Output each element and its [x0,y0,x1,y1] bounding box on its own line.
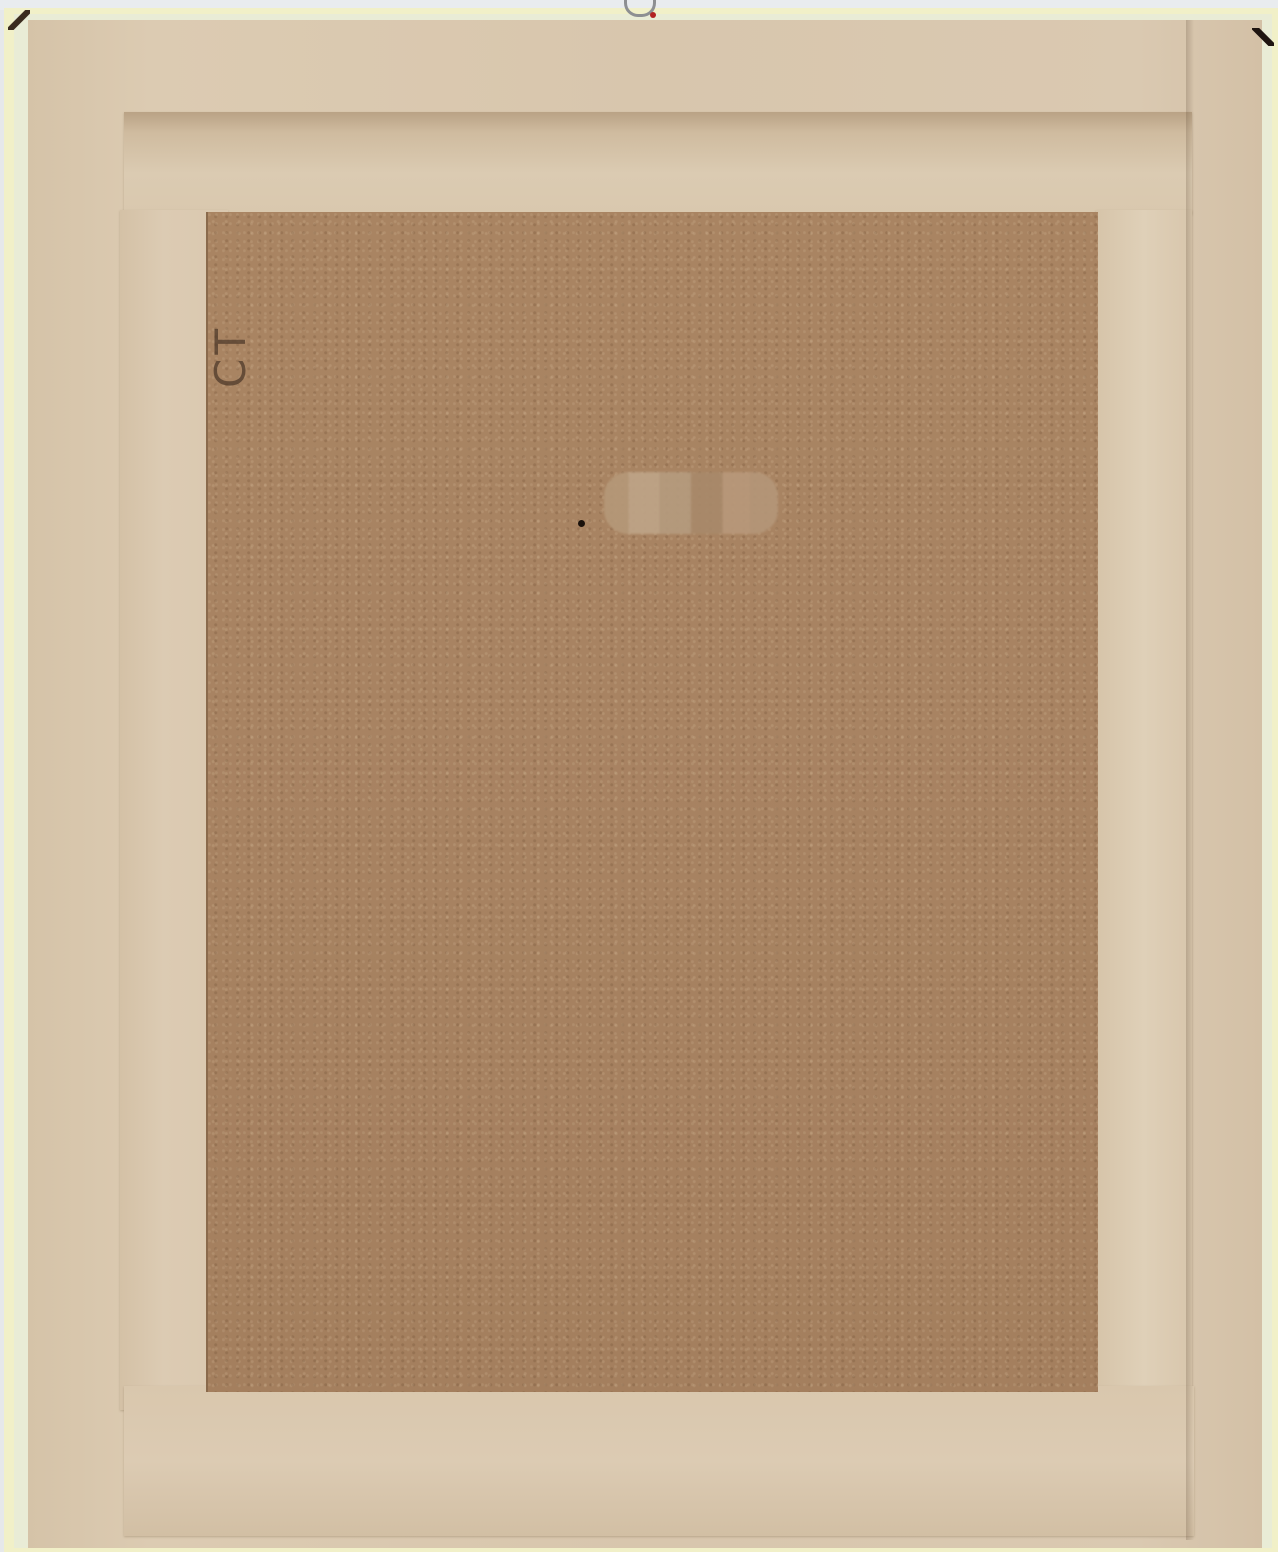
ink-dot [578,520,585,527]
tape-strip-top [124,112,1192,214]
hanger-red-mark [650,12,656,18]
hardboard-panel [206,212,1098,1392]
pencil-mark: CT [206,228,246,388]
corner-staple-top-right [1252,28,1274,46]
edge-shadow [1186,20,1194,1540]
redacted-label [604,472,778,534]
tape-strip-right [1096,210,1192,1420]
tape-strip-bottom [124,1386,1194,1536]
corner-staple-top-left [8,10,30,30]
